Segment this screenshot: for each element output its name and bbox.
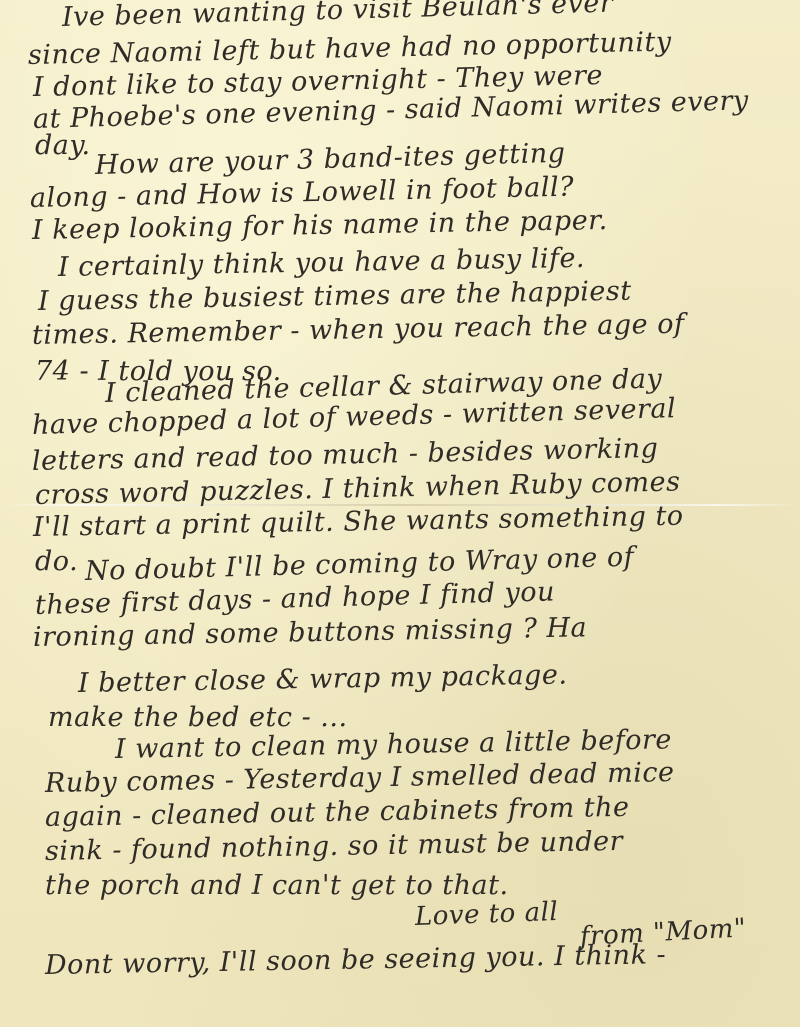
letter-line: make the bed etc - ... xyxy=(48,702,348,733)
letter-closing: Love to all xyxy=(414,897,558,932)
letter-line: day. xyxy=(35,130,91,161)
letter-line: do. xyxy=(35,546,78,577)
letter-line: the porch and I can't get to that. xyxy=(45,870,509,901)
